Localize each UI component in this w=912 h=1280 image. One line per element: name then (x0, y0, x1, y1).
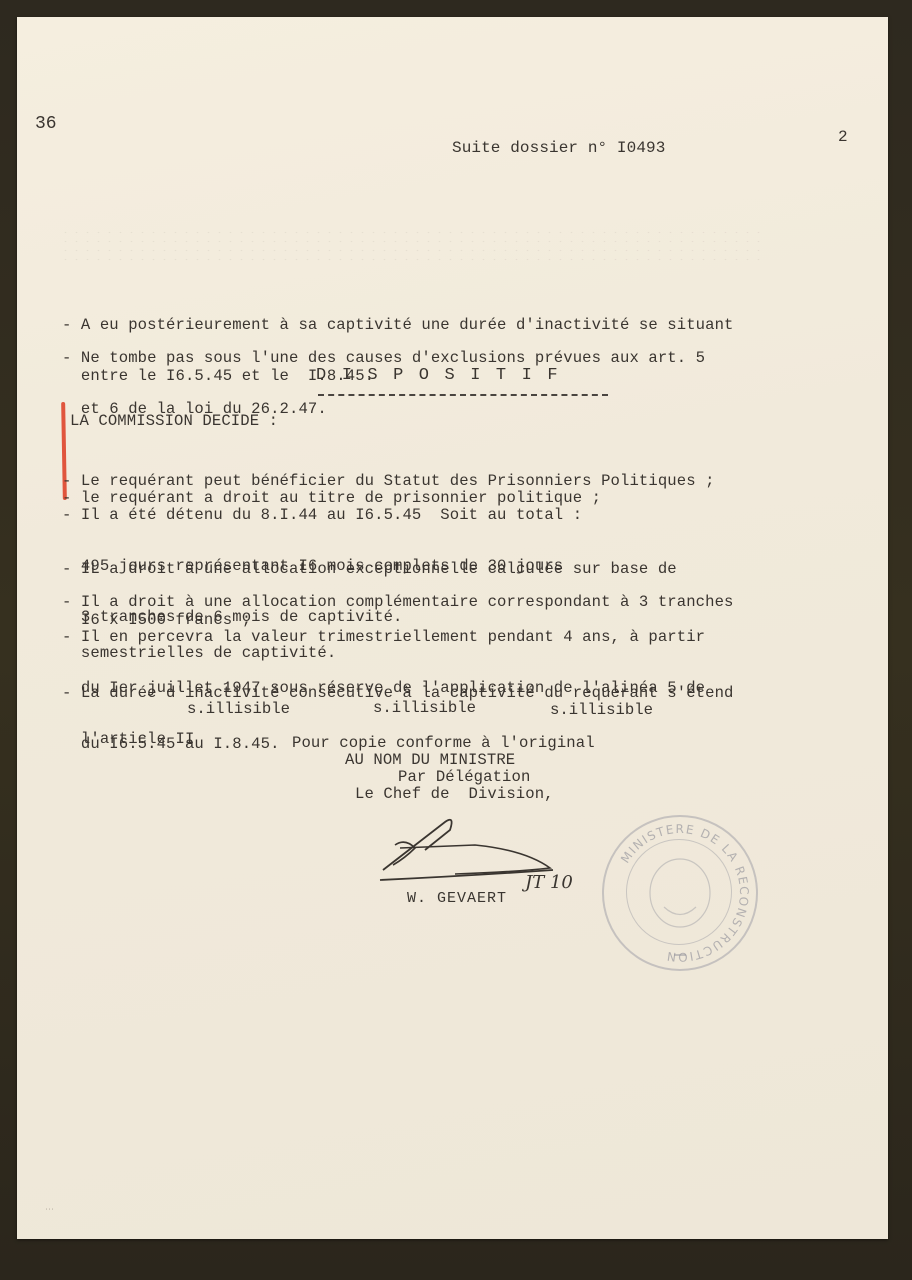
document-page-number: 2 (838, 128, 848, 146)
title-underline (318, 394, 608, 396)
certification-line: AU NOM DU MINISTRE (345, 752, 515, 769)
text-line: - Il en percevra la valeur trimestrielle… (62, 629, 705, 646)
signatory-name: W. GEVAERT (407, 890, 507, 907)
section-title-dispositif: DISPOSITIF (316, 367, 573, 384)
stamp-emblem-icon: MINISTERE DE LA RECONSTRUCTION (604, 817, 756, 969)
text-line: - Ne tombe pas sous l'une des causes d'e… (62, 350, 705, 367)
faint-pencil-note: ⋯ (45, 1205, 54, 1215)
official-stamp: MINISTERE DE LA RECONSTRUCTION (602, 815, 758, 971)
certification-line: Pour copie conforme à l'original (292, 735, 595, 752)
archive-page-number: 36 (35, 114, 57, 134)
show-through-speckles (60, 228, 760, 264)
certification-line: Par Délégation (398, 769, 530, 786)
dossier-reference: Suite dossier n° I0493 (452, 140, 665, 157)
certification-line: Le Chef de Division, (355, 786, 554, 803)
illegible-signature: s.illisible (373, 699, 476, 717)
handwritten-initials: JT 10 (525, 872, 573, 893)
decision-heading: LA COMMISSION DECIDE : (70, 413, 278, 430)
illegible-signature: s.illisible (550, 701, 653, 719)
text-line: - Il a été détenu du 8.I.44 au I6.5.45 S… (62, 507, 582, 524)
illegible-signature: s.illisible (187, 700, 290, 718)
svg-text:MINISTERE DE LA RECONSTRUCTION: MINISTERE DE LA RECONSTRUCTION (618, 822, 751, 964)
